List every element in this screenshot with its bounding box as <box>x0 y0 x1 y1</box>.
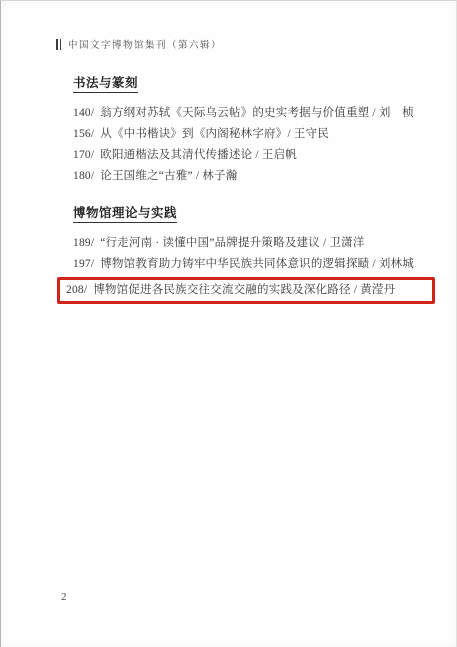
document-page: 中国文字博物馆集刊（第六辑） 书法与篆刻 140/翁方纲对苏轼《天际乌云帖》的史… <box>0 0 457 647</box>
red-annotation-box: 208/博物馆促进各民族交往交流交融的实践及深化路径 / 黄滢丹 <box>57 277 435 304</box>
toc-entry: 140/翁方纲对苏轼《天际乌云帖》的史实考据与价值重塑 / 刘 桢 <box>73 103 456 124</box>
section-title-text: 博物馆理论与实践 <box>73 203 177 223</box>
page-number: 2 <box>61 591 67 603</box>
entry-page-number: 156/ <box>73 128 94 140</box>
entry-page-number: 170/ <box>73 149 94 161</box>
section-title-museum-theory: 博物馆理论与实践 <box>73 203 456 223</box>
table-of-contents: 书法与篆刻 140/翁方纲对苏轼《天际乌云帖》的史实考据与价值重塑 / 刘 桢 … <box>73 73 456 304</box>
running-header: 中国文字博物馆集刊（第六辑） <box>56 37 456 51</box>
entry-page-number: 140/ <box>73 107 94 119</box>
entry-page-number: 189/ <box>73 237 94 249</box>
entry-title: “行走河南 · 读懂中国”品牌提升策略及建议 / 卫潇洋 <box>100 237 364 249</box>
entry-page-number: 180/ <box>73 170 94 182</box>
toc-entry: 156/从《中书楷诀》到《内阁秘林字府》/ 王守民 <box>73 124 456 145</box>
entry-page-number: 197/ <box>73 258 94 270</box>
section-title-calligraphy-seal: 书法与篆刻 <box>73 73 456 93</box>
section-title-text: 书法与篆刻 <box>73 73 138 93</box>
entry-title: 从《中书楷诀》到《内阁秘林字府》/ 王守民 <box>100 128 329 140</box>
entry-title: 论王国维之“古雅” / 林子瀚 <box>100 170 237 182</box>
double-bar-icon <box>56 39 61 50</box>
toc-entry: 189/“行走河南 · 读懂中国”品牌提升策略及建议 / 卫潇洋 <box>73 233 456 254</box>
entry-page-number: 208/ <box>66 284 87 296</box>
entry-title: 博物馆教育助力铸牢中华民族共同体意识的逻辑探赜 / 刘林城 <box>100 258 414 270</box>
entry-title: 翁方纲对苏轼《天际乌云帖》的史实考据与价值重塑 / 刘 桢 <box>100 107 414 119</box>
entry-title: 博物馆促进各民族交往交流交融的实践及深化路径 / 黄滢丹 <box>93 284 395 296</box>
toc-entry: 170/欧阳通楷法及其清代传播述论 / 王启帆 <box>73 145 456 166</box>
toc-entry-highlighted: 208/博物馆促进各民族交往交流交融的实践及深化路径 / 黄滢丹 <box>66 281 427 299</box>
running-header-title: 中国文字博物馆集刊（第六辑） <box>68 37 222 51</box>
toc-entry: 180/论王国维之“古雅” / 林子瀚 <box>73 166 456 187</box>
toc-entry: 197/博物馆教育助力铸牢中华民族共同体意识的逻辑探赜 / 刘林城 <box>73 254 456 275</box>
entry-title: 欧阳通楷法及其清代传播述论 / 王启帆 <box>100 149 297 161</box>
